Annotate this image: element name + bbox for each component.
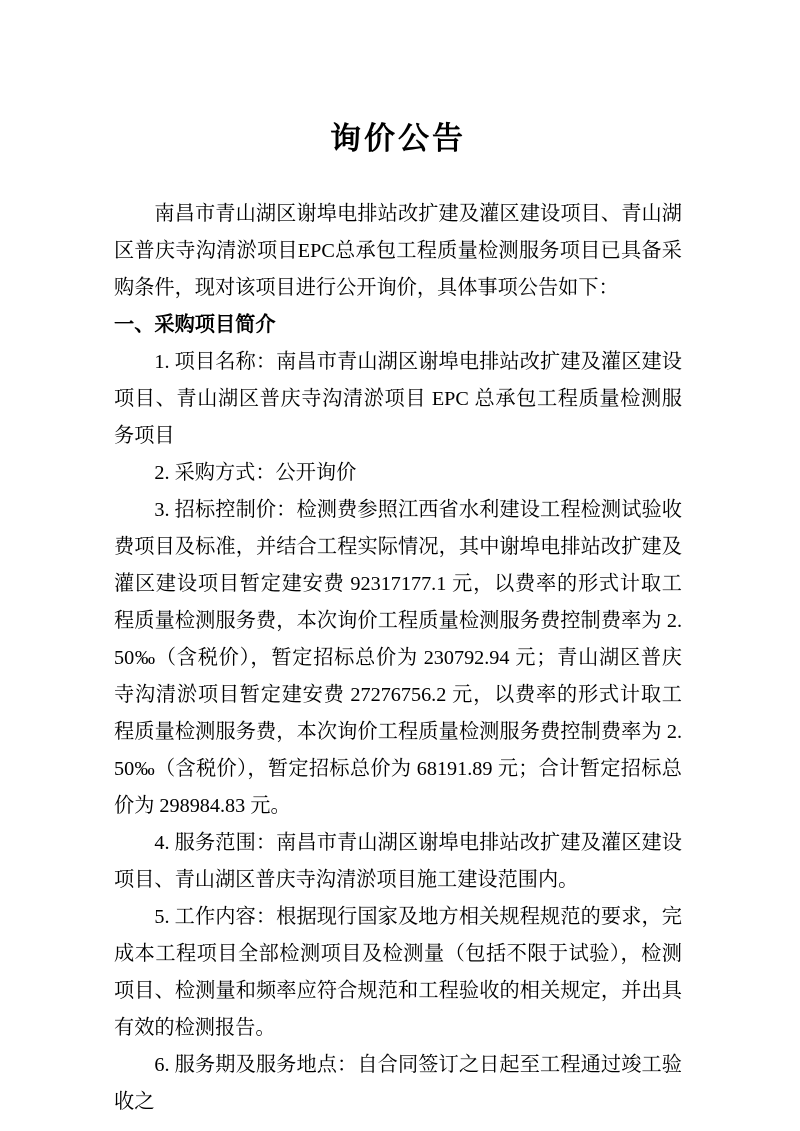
- paragraph: 4. 服务范围：南昌市青山湖区谢埠电排站改扩建及灌区建设项目、青山湖区普庆寺沟清…: [114, 825, 682, 899]
- paragraph: 1. 项目名称：南昌市青山湖区谢埠电排站改扩建及灌区建设项目、青山湖区普庆寺沟清…: [114, 344, 682, 455]
- paragraph: 2. 采购方式：公开询价: [114, 455, 682, 492]
- document-title: 询价公告: [114, 118, 682, 160]
- paragraph: 6. 服务期及服务地点：自合同签订之日起至工程通过竣工验收之: [114, 1047, 682, 1121]
- paragraph: 南昌市青山湖区谢埠电排站改扩建及灌区建设项目、青山湖区普庆寺沟清淤项目EPC总承…: [114, 196, 682, 307]
- document-body: 南昌市青山湖区谢埠电排站改扩建及灌区建设项目、青山湖区普庆寺沟清淤项目EPC总承…: [114, 196, 682, 1121]
- paragraph: 3. 招标控制价：检测费参照江西省水利建设工程检测试验收费项目及标准，并结合工程…: [114, 492, 682, 825]
- document-page: 询价公告 南昌市青山湖区谢埠电排站改扩建及灌区建设项目、青山湖区普庆寺沟清淤项目…: [0, 0, 800, 1131]
- section-heading: 一、采购项目简介: [114, 307, 682, 344]
- paragraph: 5. 工作内容：根据现行国家及地方相关规程规范的要求，完成本工程项目全部检测项目…: [114, 899, 682, 1047]
